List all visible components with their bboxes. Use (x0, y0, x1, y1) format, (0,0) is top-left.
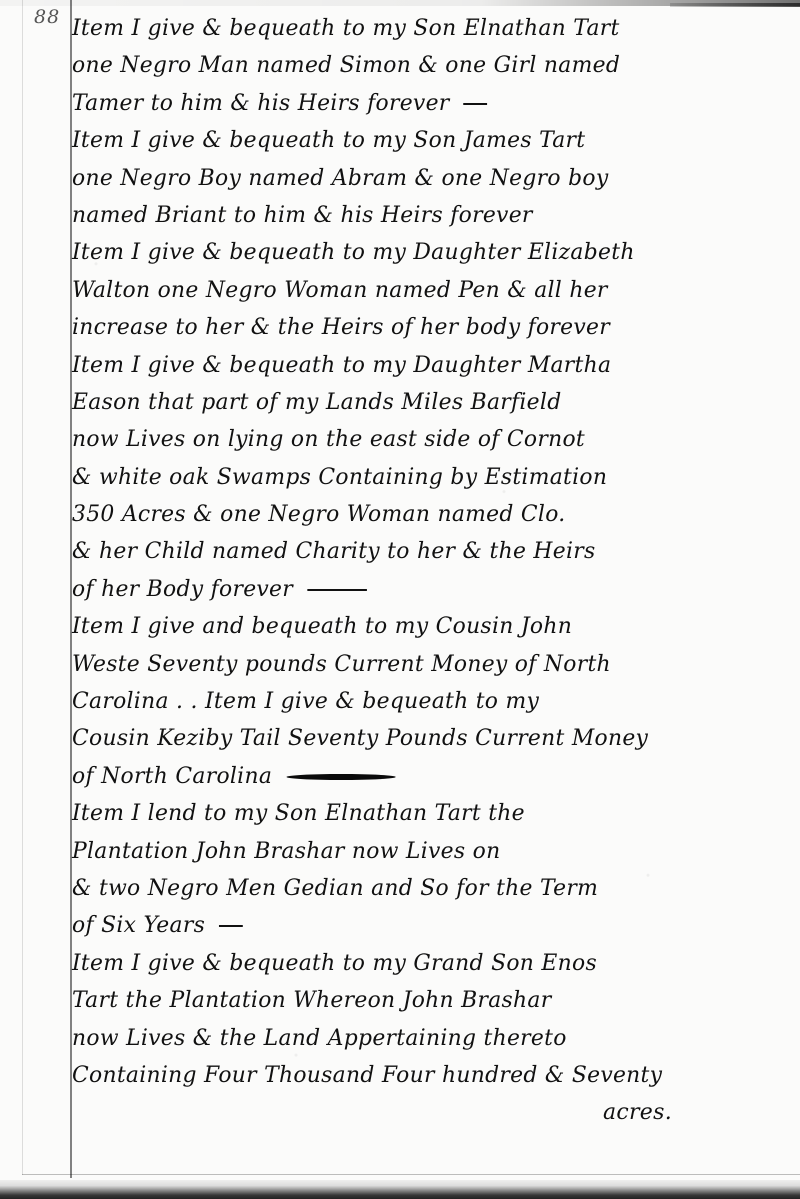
text-line-content: acres. (603, 1100, 672, 1125)
line-end-flourish (286, 774, 395, 780)
line-end-flourish (307, 589, 367, 591)
manuscript-page: 88 Item I give & bequeath to my Son Elna… (0, 0, 800, 1199)
text-line: Cousin Keziby Tail Seventy Pounds Curren… (72, 720, 787, 757)
text-line: Item I give and bequeath to my Cousin Jo… (72, 608, 787, 645)
text-line: of North Carolina (72, 758, 787, 795)
bottom-rule (22, 1174, 800, 1175)
text-line: Item I give & bequeath to my Son James T… (72, 122, 787, 159)
text-line-content: of North Carolina (72, 764, 272, 789)
text-line-content: of Six Years (72, 913, 205, 938)
page-bottom-edge (0, 1180, 800, 1199)
line-end-flourish (463, 103, 487, 105)
text-line: & two Negro Men Gedian and So for the Te… (72, 870, 787, 907)
text-line: Weste Seventy pounds Current Money of No… (72, 646, 787, 683)
text-line: Walton one Negro Woman named Pen & all h… (72, 272, 787, 309)
text-line-content: Walton one Negro Woman named Pen & all h… (72, 278, 608, 303)
text-line-content: now Lives & the Land Appertaining theret… (72, 1026, 567, 1051)
text-line-content: Item I give & bequeath to my Son Elnatha… (72, 16, 620, 41)
text-line-content: Weste Seventy pounds Current Money of No… (72, 652, 611, 677)
text-line-content: Item I give & bequeath to my Son James T… (72, 128, 585, 153)
text-line-content: increase to her & the Heirs of her body … (72, 315, 610, 340)
text-line-content: & white oak Swamps Containing by Estimat… (72, 465, 607, 490)
text-line: acres. (72, 1094, 792, 1131)
text-line: & her Child named Charity to her & the H… (72, 533, 787, 570)
text-line: 350 Acres & one Negro Woman named Clo. (72, 496, 787, 533)
text-line-content: & two Negro Men Gedian and So for the Te… (72, 876, 598, 901)
text-line: Item I give & bequeath to my Son Elnatha… (72, 10, 787, 47)
text-line: of her Body forever (72, 571, 787, 608)
text-line: of Six Years (72, 907, 787, 944)
text-line-content: of her Body forever (72, 577, 293, 602)
text-line-content: Item I give & bequeath to my Daughter El… (72, 240, 635, 265)
handwritten-text-block: Item I give & bequeath to my Son Elnatha… (72, 10, 792, 1132)
text-line: now Lives on lying on the east side of C… (72, 421, 787, 458)
text-line: Item I give & bequeath to my Daughter El… (72, 234, 787, 271)
text-line: Plantation John Brashar now Lives on (72, 833, 787, 870)
line-end-flourish (219, 925, 243, 927)
text-line-content: one Negro Boy named Abram & one Negro bo… (72, 166, 608, 191)
text-line: Eason that part of my Lands Miles Barfie… (72, 384, 787, 421)
text-line-content: Plantation John Brashar now Lives on (72, 839, 500, 864)
text-line: Item I lend to my Son Elnathan Tart the (72, 795, 787, 832)
text-line-content: Carolina . . Item I give & bequeath to m… (72, 689, 539, 714)
text-line: one Negro Boy named Abram & one Negro bo… (72, 160, 787, 197)
text-line: named Briant to him & his Heirs forever (72, 197, 787, 234)
text-line: Item I give & bequeath to my Grand Son E… (72, 945, 787, 982)
text-line-content: one Negro Man named Simon & one Girl nam… (72, 53, 620, 78)
text-line: Tamer to him & his Heirs forever (72, 85, 787, 122)
text-line-content: Item I give & bequeath to my Grand Son E… (72, 951, 597, 976)
text-line-content: Cousin Keziby Tail Seventy Pounds Curren… (72, 726, 648, 751)
text-line: Carolina . . Item I give & bequeath to m… (72, 683, 787, 720)
text-line: one Negro Man named Simon & one Girl nam… (72, 47, 787, 84)
text-line: Containing Four Thousand Four hundred & … (72, 1057, 787, 1094)
text-line: Tart the Plantation Whereon John Brashar (72, 982, 787, 1019)
text-line-content: Item I give & bequeath to my Daughter Ma… (72, 353, 611, 378)
text-line-content: named Briant to him & his Heirs forever (72, 203, 533, 228)
text-line-content: Tart the Plantation Whereon John Brashar (72, 988, 551, 1013)
text-line-content: 350 Acres & one Negro Woman named Clo. (72, 502, 566, 527)
text-line: now Lives & the Land Appertaining theret… (72, 1020, 787, 1057)
text-line-content: Eason that part of my Lands Miles Barfie… (72, 390, 561, 415)
binding-shadow-top (670, 3, 800, 7)
text-line-content: & her Child named Charity to her & the H… (72, 539, 596, 564)
text-line-content: Item I give and bequeath to my Cousin Jo… (72, 614, 572, 639)
text-line-content: Item I lend to my Son Elnathan Tart the (72, 801, 525, 826)
text-line-content: Containing Four Thousand Four hundred & … (72, 1063, 662, 1088)
text-line: increase to her & the Heirs of her body … (72, 309, 787, 346)
text-line-content: now Lives on lying on the east side of C… (72, 427, 585, 452)
page-number: 88 (34, 6, 60, 28)
text-line-content: Tamer to him & his Heirs forever (72, 91, 450, 116)
outer-margin-line (22, 0, 23, 1175)
text-line: Item I give & bequeath to my Daughter Ma… (72, 347, 787, 384)
text-line: & white oak Swamps Containing by Estimat… (72, 459, 787, 496)
